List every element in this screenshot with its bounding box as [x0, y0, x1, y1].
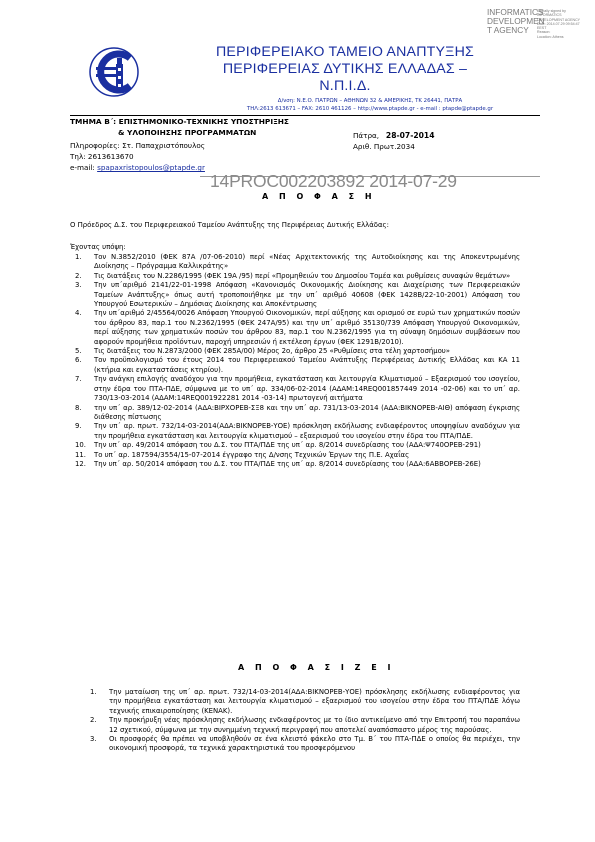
list-item: 1.Την ματαίωση της υπ΄ αρ. πρωτ. 732/14-…: [85, 688, 520, 716]
info-value: Στ. Παπαχριστόπουλος: [122, 141, 205, 150]
item-text: Την προκήρυξη νέας πρόσκλησης εκδήλωσης …: [109, 716, 520, 733]
signature-detail: Location: Athens: [537, 35, 595, 39]
protocol-number: Αριθ. Πρωτ.2034: [353, 141, 435, 152]
organization-logo: [88, 44, 140, 100]
item-number: 12.: [75, 460, 86, 469]
item-text: Την υπ΄ αρ. 49/2014 απόφαση του Δ.Σ. του…: [94, 441, 481, 449]
considerations-label: Έχοντας υπόψη:: [70, 243, 126, 252]
item-number: 9.: [75, 422, 82, 431]
item-text: Τις διατάξεις του Ν.2286/1995 (ΦΕΚ 19Α /…: [94, 272, 510, 280]
organization-title: ΠΕΡΙΦΕΡΕΙΑΚΟ ΤΑΜΕΙΟ ΑΝΑΠΤΥΞΗΣ ΠΕΡΙΦΕΡΕΙΑ…: [200, 44, 490, 95]
intro-paragraph: Ο Πρόεδρος Δ.Σ. του Περιφερειακού Ταμείο…: [70, 221, 389, 230]
organization-address: Δ/νση: Ν.Ε.Ο. ΠΑΤΡΩΝ – ΑΘΗΝΩΝ 32 & ΑΜΕΡΙ…: [180, 98, 560, 113]
item-number: 7.: [75, 375, 82, 384]
item-number: 1.: [90, 688, 97, 697]
list-item: 6.Τον προϋπολογισμό του έτους 2014 του Π…: [70, 356, 520, 375]
item-number: 5.: [75, 347, 82, 356]
info-email: e-mail: spapaxristopoulos@ptapde.gr: [70, 162, 205, 173]
item-number: 1.: [75, 253, 82, 262]
item-text: Το υπ΄ αρ. 187594/3554/15-07-2014 έγγραφ…: [94, 451, 409, 459]
list-item: 8.την υπ΄ αρ. 389/12-02-2014 (ΑΔΑ:ΒΙΡΧΟΡ…: [70, 404, 520, 423]
item-number: 2.: [75, 272, 82, 281]
phone-fax: ΤΗΛ:2613 613671 – FAX: 2610 461126 –: [247, 106, 358, 112]
item-number: 4.: [75, 309, 82, 318]
list-item: 2.Την προκήρυξη νέας πρόσκλησης εκδήλωση…: [85, 716, 520, 735]
item-text: Τον Ν.3852/2010 (ΦΕΚ 87Α /07-06-2010) πε…: [94, 253, 520, 270]
list-item: 2.Τις διατάξεις του Ν.2286/1995 (ΦΕΚ 19Α…: [70, 272, 520, 281]
website-link[interactable]: http://www.ptapde.gr: [358, 106, 415, 112]
org-title-line1: ΠΕΡΙΦΕΡΕΙΑΚΟ ΤΑΜΕΙΟ ΑΝΑΠΤΥΞΗΣ: [200, 44, 490, 61]
item-text: Την υπ΄αριθμό 2/45564/0026 Απόφαση Υπουρ…: [94, 309, 520, 345]
date-block: Πάτρα, 28-07-2014 Αριθ. Πρωτ.2034: [353, 130, 435, 152]
list-item: 4.Την υπ΄αριθμό 2/45564/0026 Απόφαση Υπο…: [70, 309, 520, 347]
item-text: Την υπ΄ αρ. πρωτ. 732/14-03-2014(ΑΔΑ:ΒΙΚ…: [94, 422, 520, 439]
list-item: 7.Την ανάγκη επιλογής αναδόχου για την π…: [70, 375, 520, 403]
list-item: 9.Την υπ΄ αρ. πρωτ. 732/14-03-2014(ΑΔΑ:Β…: [70, 422, 520, 441]
registry-stamp: 14PROC002203892 2014-07-29: [210, 171, 457, 192]
contact-info: Πληροφορίες: Στ. Παπαχριστόπουλος Τηλ: 2…: [70, 140, 205, 173]
item-number: 8.: [75, 404, 82, 413]
department-line2: & ΥΛΟΠΟΙΗΣΗΣ ΠΡΟΓΡΑΜΜΑΤΩΝ: [118, 128, 256, 137]
considerations-list: 1.Τον Ν.3852/2010 (ΦΕΚ 87Α /07-06-2010) …: [70, 253, 520, 469]
info-phone: Τηλ: 2613613670: [70, 151, 205, 162]
item-number: 6.: [75, 356, 82, 365]
signature-line3: T AGENCY: [487, 26, 545, 35]
phone-label: Τηλ:: [70, 152, 88, 161]
item-number: 3.: [90, 735, 97, 744]
item-text: Την υπ΄ αρ. 50/2014 απόφαση του Δ.Σ. του…: [94, 460, 481, 468]
list-item: 11.Το υπ΄ αρ. 187594/3554/15-07-2014 έγγ…: [70, 451, 520, 460]
item-text: Την ματαίωση της υπ΄ αρ. πρωτ. 732/14-03…: [109, 688, 520, 715]
item-text: Τον προϋπολογισμό του έτους 2014 του Περ…: [94, 356, 520, 373]
item-number: 2.: [90, 716, 97, 725]
list-item: 3.Οι προσφορές θα πρέπει να υποβληθούν σ…: [85, 735, 520, 754]
decides-heading: Α Π Ο Φ Α Σ Ι Ζ Ε Ι: [238, 663, 394, 672]
item-number: 10.: [75, 441, 86, 450]
list-item: 5.Τις διατάξεις του Ν.2873/2000 (ΦΕΚ 285…: [70, 347, 520, 356]
email-prefix: - e-mail :: [415, 106, 442, 112]
email-label: e-mail:: [70, 163, 97, 172]
item-number: 11.: [75, 451, 86, 460]
header-divider: [70, 115, 540, 116]
contact-email-link[interactable]: spapaxristopoulos@ptapde.gr: [97, 163, 205, 172]
place: Πάτρα,: [353, 131, 379, 140]
decisions-list: 1.Την ματαίωση της υπ΄ αρ. πρωτ. 732/14-…: [85, 688, 520, 754]
info-label: Πληροφορίες:: [70, 141, 122, 150]
digital-signature-details: Digitally signed by INFORMATICS DEVELOPM…: [537, 9, 595, 39]
list-item: 12.Την υπ΄ αρ. 50/2014 απόφαση του Δ.Σ. …: [70, 460, 520, 469]
item-text: Οι προσφορές θα πρέπει να υποβληθούν σε …: [109, 735, 520, 752]
contact-line: ΤΗΛ:2613 613671 – FAX: 2610 461126 – htt…: [180, 106, 560, 114]
org-title-line2: ΠΕΡΙΦΕΡΕΙΑΣ ΔΥΤΙΚΗΣ ΕΛΛΑΔΑΣ – Ν.Π.Ι.Δ.: [200, 61, 490, 95]
list-item: 10.Την υπ΄ αρ. 49/2014 απόφαση του Δ.Σ. …: [70, 441, 520, 450]
org-email-link[interactable]: ptapde@ptapde.gr: [442, 106, 493, 112]
date-line: Πάτρα, 28-07-2014: [353, 130, 435, 141]
item-text: Την ανάγκη επιλογής αναδόχου για την προ…: [94, 375, 520, 402]
document-date: 28-07-2014: [386, 131, 435, 140]
list-item: 1.Τον Ν.3852/2010 (ΦΕΚ 87Α /07-06-2010) …: [70, 253, 520, 272]
item-text: Την υπ΄αριθμό 2141/22-01-1998 Απόφαση «Κ…: [94, 281, 520, 308]
item-text: Τις διατάξεις του Ν.2873/2000 (ΦΕΚ 285Α/…: [94, 347, 450, 355]
info-person: Πληροφορίες: Στ. Παπαχριστόπουλος: [70, 140, 205, 151]
digital-signature-name: INFORMATICS DEVELOPMEN T AGENCY: [487, 8, 545, 35]
list-item: 3.Την υπ΄αριθμό 2141/22-01-1998 Απόφαση …: [70, 281, 520, 309]
item-number: 3.: [75, 281, 82, 290]
department-line1: ΤΜΗΜΑ Β΄: ΕΠΙΣΤΗΜΟΝΙΚΟ-ΤΕΧΝΙΚΗΣ ΥΠΟΣΤΗΡΙ…: [70, 117, 289, 127]
address-line: Δ/νση: Ν.Ε.Ο. ΠΑΤΡΩΝ – ΑΘΗΝΩΝ 32 & ΑΜΕΡΙ…: [180, 98, 560, 106]
item-text: την υπ΄ αρ. 389/12-02-2014 (ΑΔΑ:ΒΙΡΧΟΡΕΒ…: [94, 404, 520, 421]
euro-lighthouse-logo-icon: [88, 44, 140, 100]
document-title: Α Π Ο Φ Α Σ Η: [262, 192, 376, 201]
phone-value: 2613613670: [88, 152, 134, 161]
